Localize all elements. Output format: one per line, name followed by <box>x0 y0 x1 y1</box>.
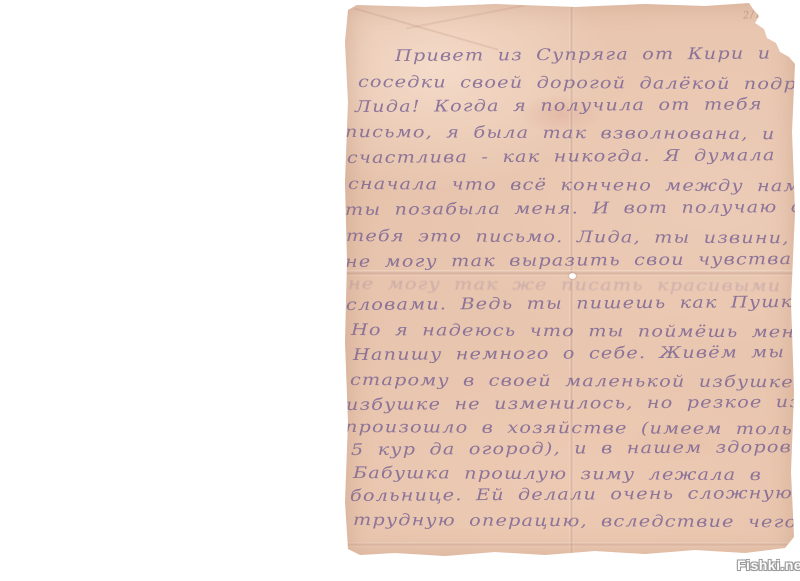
letter-line-16: произошло в хозяйстве (имеем только <box>345 417 800 439</box>
scanned-letter-page: 2/1-41 Привет из Супряга от Кири и сосед… <box>0 0 800 581</box>
letter-line-17: 5 кур да огород), и в нашем здоровье. <box>351 437 800 460</box>
letter-line-15: избушке не изменилось, но резкое изменен… <box>346 391 800 415</box>
letter-line-8: тебя это письмо. Лида, ты извини, что я <box>346 226 800 249</box>
letter-line-1: Привет из Супряга от Кири и <box>395 44 771 66</box>
letter-line-12: Но я надеюсь что ты поймёшь меня. <box>351 320 800 342</box>
letter-line-7: ты позабыла меня. И вот получаю от <box>345 197 800 220</box>
letter-line-18: Бабушка прошлую зиму лежала в <box>353 463 762 485</box>
letter-line-14: старому в своей маленькой избушке. В <box>350 370 800 392</box>
letter-line-3: Лида! Когда я получила от тебя <box>355 94 763 117</box>
letter-line-20: трудную операцию, вследствие чего <box>353 510 797 532</box>
letter-line-2: соседки своей дорогой далёкой подруге <box>358 72 800 94</box>
corner-date-note: 2/1-41 <box>743 7 782 21</box>
letter-line-13: Напишу немного о себе. Живём мы по <box>353 342 800 365</box>
letter-line-5: счастлива - как никогда. Я думала <box>347 145 776 168</box>
letter-line-4: письмо, я была так взволнована, и <box>345 122 776 144</box>
fishki-watermark: Fishki.net <box>737 557 800 573</box>
paper-hole <box>569 273 576 279</box>
letter-paper: 2/1-41 Привет из Супряга от Кири и сосед… <box>345 2 795 558</box>
top-left-crease-2 <box>406 5 524 30</box>
letter-line-11: словами. Ведь ты пишешь как Пушкин. <box>346 292 800 315</box>
letter-line-9: не могу так выразить свои чувства как <box>345 249 800 272</box>
bottom-fold-crease <box>345 542 795 547</box>
letter-line-19: больнице. Ей делали очень сложную и <box>350 483 800 506</box>
letter-line-6: сначала что всё кончено между нами и <box>348 174 800 197</box>
